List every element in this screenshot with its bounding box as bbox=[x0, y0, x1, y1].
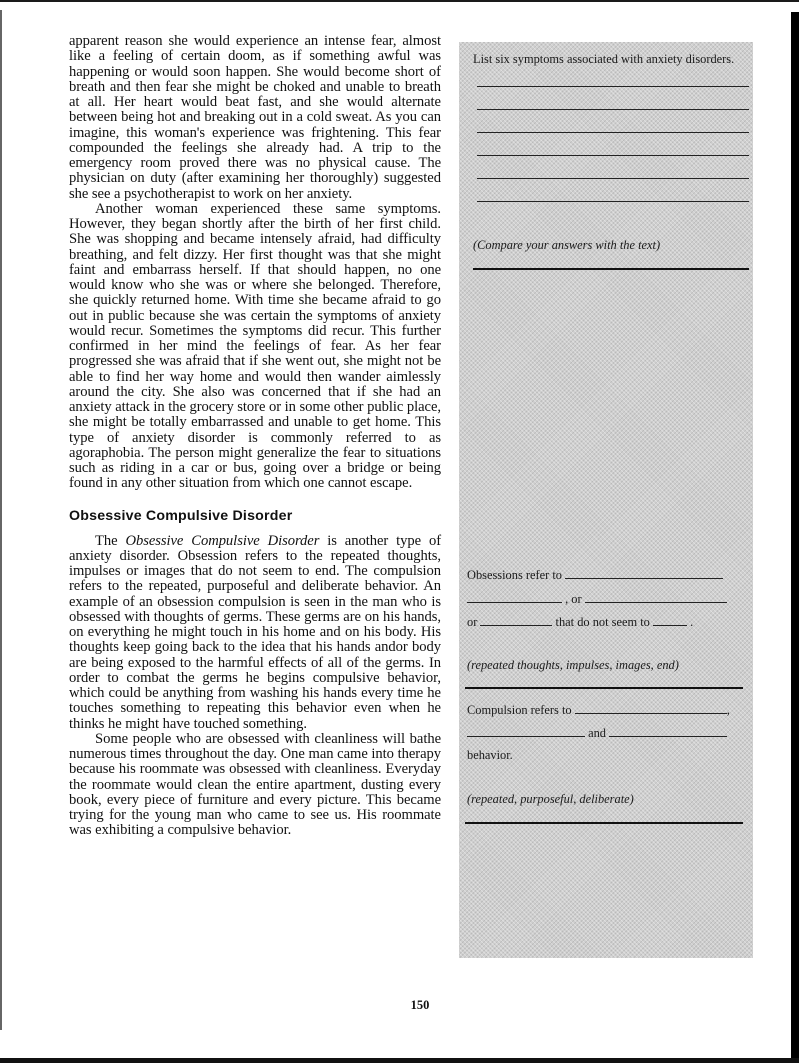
paragraph-ocd-example: Some people who are obsessed with cleanl… bbox=[69, 732, 441, 839]
period: . bbox=[690, 615, 693, 629]
compulsion-blank-3[interactable] bbox=[609, 726, 727, 737]
compulsion-label: Compulsion refers to bbox=[467, 703, 572, 717]
page-number: 150 bbox=[405, 998, 435, 1013]
obsessions-blank-3[interactable] bbox=[585, 592, 727, 603]
exercise-sidebar: List six symptoms associated with anxiet… bbox=[459, 42, 753, 958]
answer-divider-2 bbox=[465, 687, 743, 689]
obsessions-blank-2[interactable] bbox=[467, 592, 562, 603]
or-label: or bbox=[467, 615, 477, 629]
answer-blank-4[interactable] bbox=[477, 155, 749, 156]
answer-blank-3[interactable] bbox=[477, 132, 749, 133]
ocd-lead-text: The bbox=[95, 533, 125, 549]
page-frame-right bbox=[791, 12, 799, 1060]
paragraph-agoraphobia: Another woman experienced these same sym… bbox=[69, 202, 441, 492]
answer-blank-6[interactable] bbox=[477, 201, 749, 202]
answer-blank-1[interactable] bbox=[477, 86, 749, 87]
section-heading-ocd: Obsessive Compulsive Disorder bbox=[69, 507, 441, 525]
exercise-1-prompt: List six symptoms associated with anxiet… bbox=[473, 52, 734, 67]
page-frame-bottom bbox=[0, 1058, 799, 1063]
answer-divider-3 bbox=[465, 822, 743, 824]
and-label: and bbox=[588, 726, 606, 740]
paragraph-panic-description: apparent reason she would experience an … bbox=[69, 34, 441, 202]
exercise-2-line-3: or that do not seem to . bbox=[467, 615, 693, 630]
page-frame-top bbox=[0, 0, 799, 2]
exercise-1-answer-hint: (Compare your answers with the text) bbox=[473, 238, 660, 253]
paragraph-ocd-definition: The Obsessive Compulsive Disorder is ano… bbox=[69, 534, 441, 732]
answer-blank-5[interactable] bbox=[477, 178, 749, 179]
compulsion-blank-1[interactable] bbox=[575, 703, 727, 714]
or-separator: , or bbox=[565, 592, 582, 606]
answer-blank-2[interactable] bbox=[477, 109, 749, 110]
ocd-body-text: is another type of anxiety disorder. Obs… bbox=[69, 533, 441, 732]
answer-divider-1 bbox=[473, 268, 749, 270]
obsessions-blank-4[interactable] bbox=[480, 615, 552, 626]
page-frame-left bbox=[0, 10, 2, 1030]
exercise-3-answer: (repeated, purposeful, deliberate) bbox=[467, 792, 634, 807]
exercise-3-line-1: Compulsion refers to , bbox=[467, 703, 730, 718]
exercise-2-line-1: Obsessions refer to bbox=[467, 568, 723, 583]
do-not-seem-label: that do not seem to bbox=[556, 615, 650, 629]
compulsion-blank-2[interactable] bbox=[467, 726, 585, 737]
ocd-term-italic: Obsessive Compulsive Disorder bbox=[125, 533, 319, 549]
exercise-3-line-2: and bbox=[467, 726, 727, 741]
main-text-column: apparent reason she would experience an … bbox=[69, 34, 441, 839]
exercise-3-line-3: behavior. bbox=[467, 748, 513, 763]
obsessions-label: Obsessions refer to bbox=[467, 568, 562, 582]
obsessions-blank-5[interactable] bbox=[653, 615, 687, 626]
exercise-2-answer: (repeated thoughts, impulses, images, en… bbox=[467, 658, 679, 673]
exercise-2-line-2: , or bbox=[467, 592, 727, 607]
comma: , bbox=[727, 703, 730, 717]
obsessions-blank-1[interactable] bbox=[565, 568, 723, 579]
